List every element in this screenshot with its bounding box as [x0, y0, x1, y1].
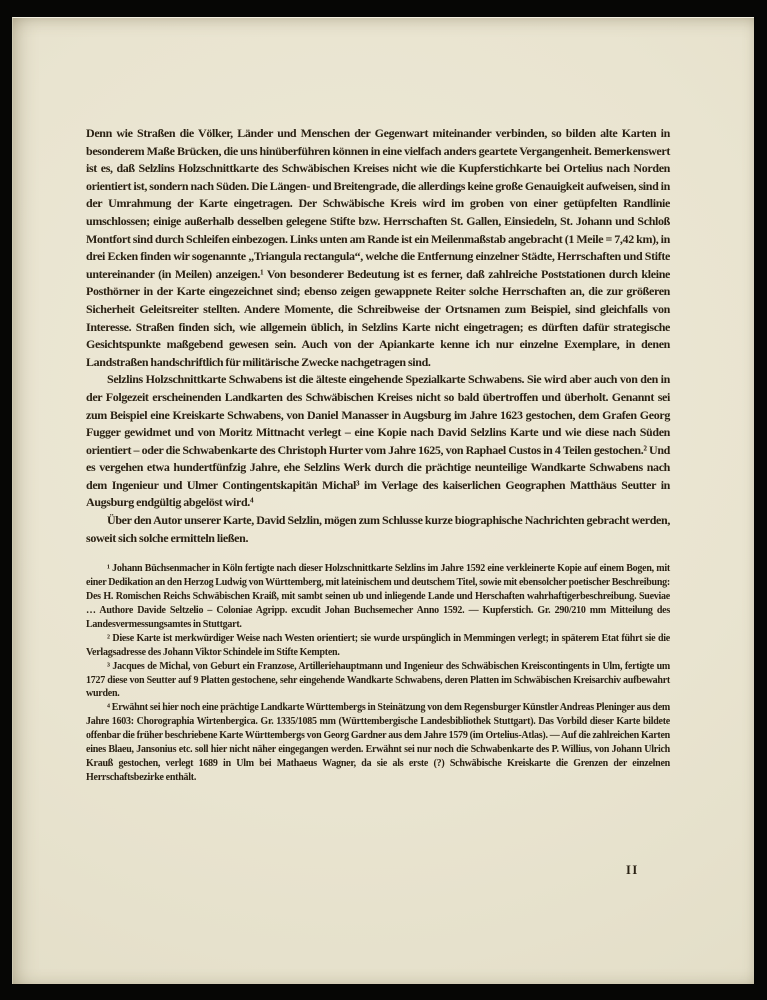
footnote-4: ⁴ Erwähnt sei hier noch eine prächtige L… — [86, 701, 670, 784]
book-page: Denn wie Straßen die Völker, Länder und … — [12, 17, 754, 984]
scan-background: Denn wie Straßen die Völker, Länder und … — [0, 0, 767, 1000]
footnote-3: ³ Jacques de Michal, von Geburt ein Fran… — [86, 660, 670, 702]
page-number: II — [626, 863, 639, 878]
body-paragraph-2: Selzlins Holzschnittkarte Schwabens ist … — [86, 371, 670, 512]
body-paragraph-1: Denn wie Straßen die Völker, Länder und … — [86, 125, 670, 371]
text-block: Denn wie Straßen die Völker, Länder und … — [86, 125, 670, 785]
footnote-2: ² Diese Karte ist merkwürdiger Weise nac… — [86, 632, 670, 660]
footnote-1: ¹ Johann Büchsenmacher in Köln fertigte … — [86, 562, 670, 632]
body-paragraph-3: Über den Autor unserer Karte, David Selz… — [86, 512, 670, 547]
footnotes-section: ¹ Johann Büchsenmacher in Köln fertigte … — [86, 562, 670, 785]
